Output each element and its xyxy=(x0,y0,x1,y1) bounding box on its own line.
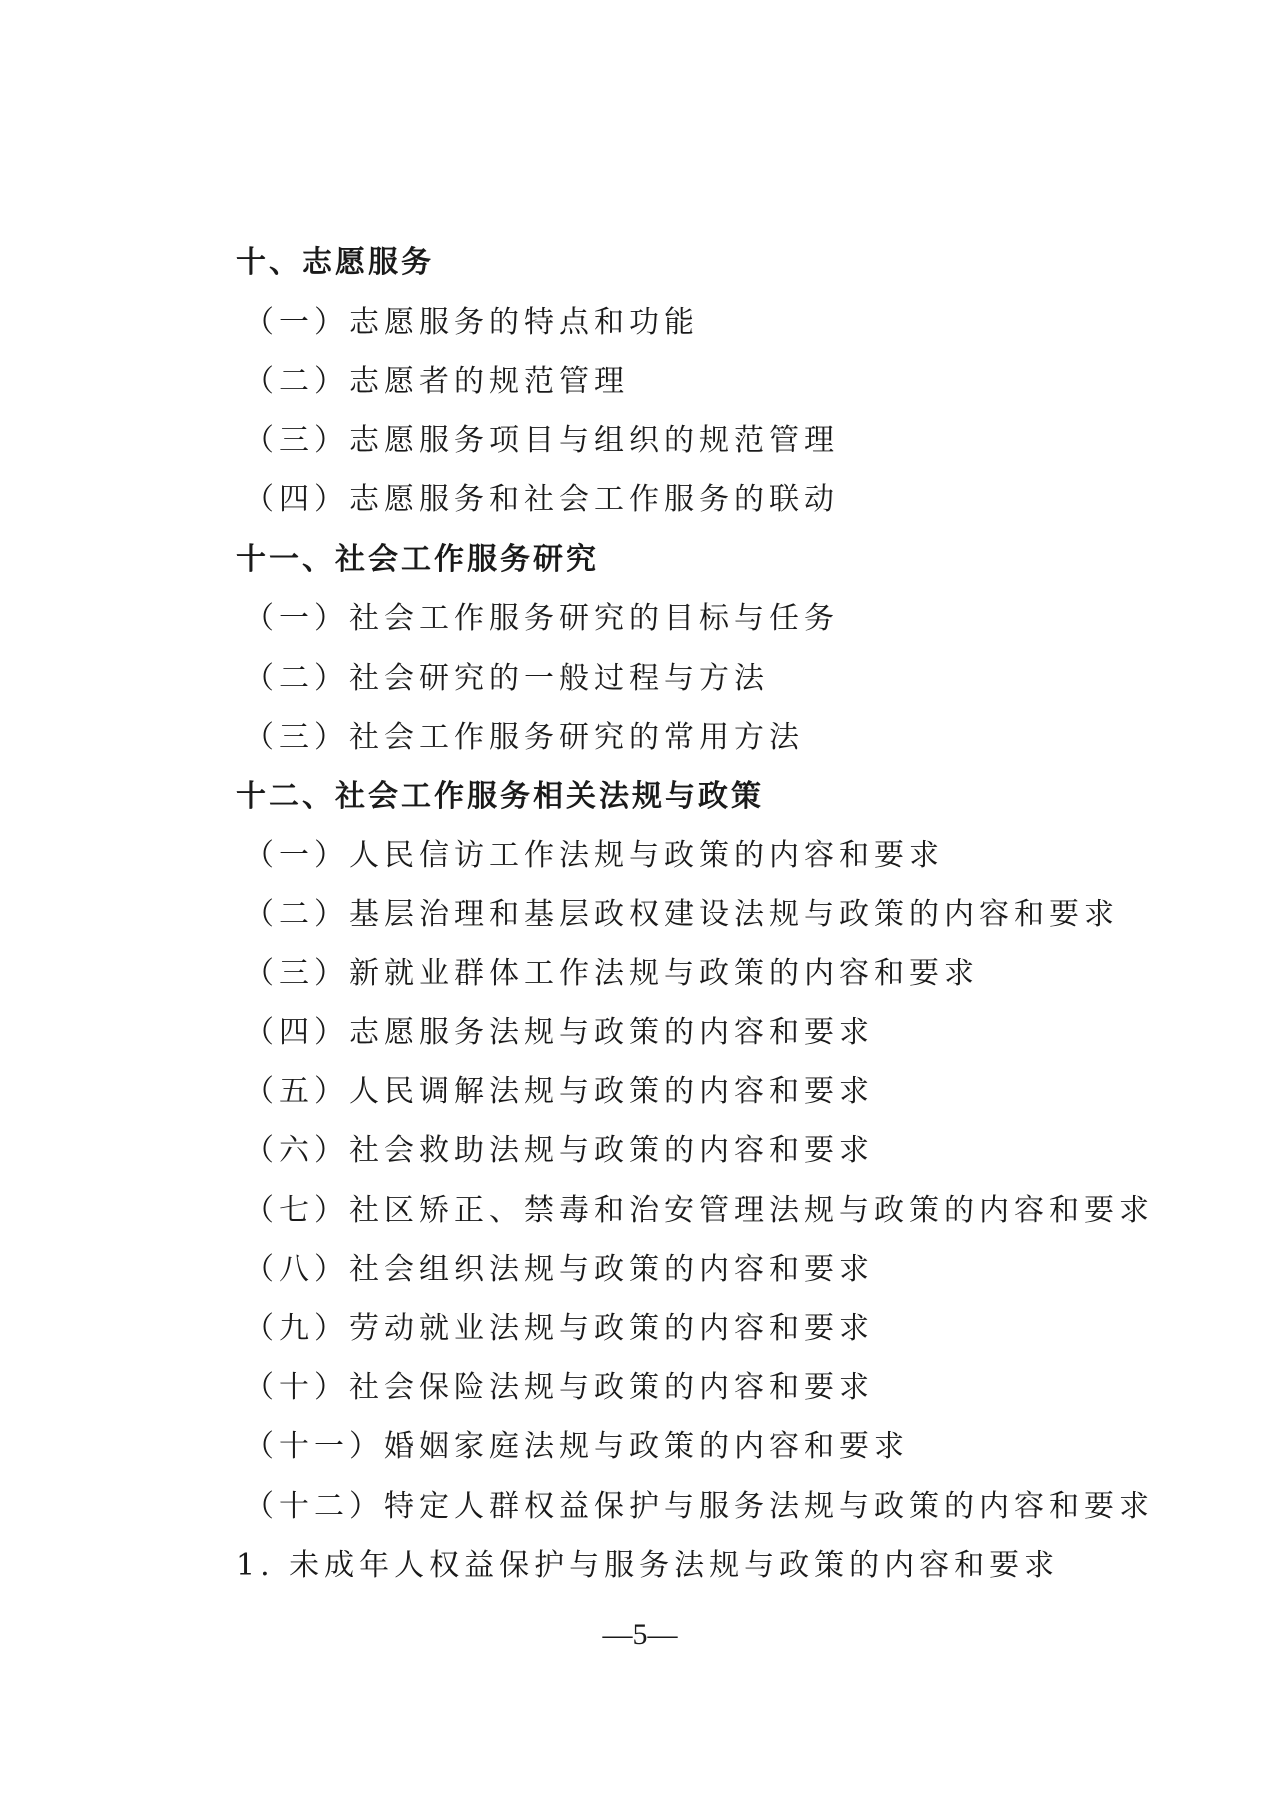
list-item: （三）志愿服务项目与组织的规范管理 xyxy=(244,421,839,461)
page-number: —5— xyxy=(0,1618,1280,1652)
list-item: （十一）婚姻家庭法规与政策的内容和要求 xyxy=(244,1427,909,1467)
list-item: （三）社会工作服务研究的常用方法 xyxy=(244,718,804,758)
list-item: （二）基层治理和基层政权建设法规与政策的内容和要求 xyxy=(244,895,1119,935)
list-item: （八）社会组织法规与政策的内容和要求 xyxy=(244,1250,874,1290)
section-heading-11: 十一、社会工作服务研究 xyxy=(236,540,599,580)
list-item: （四）志愿服务和社会工作服务的联动 xyxy=(244,480,839,520)
list-item: （一）人民信访工作法规与政策的内容和要求 xyxy=(244,836,944,876)
document-page: 十、志愿服务 （一）志愿服务的特点和功能 （二）志愿者的规范管理 （三）志愿服务… xyxy=(0,0,1280,1810)
list-item: （十）社会保险法规与政策的内容和要求 xyxy=(244,1368,874,1408)
list-item: （五）人民调解法规与政策的内容和要求 xyxy=(244,1072,874,1112)
list-item: （七）社区矫正、禁毒和治安管理法规与政策的内容和要求 xyxy=(244,1191,1154,1231)
section-heading-12: 十二、社会工作服务相关法规与政策 xyxy=(236,777,764,817)
list-item: （四）志愿服务法规与政策的内容和要求 xyxy=(244,1013,874,1053)
list-item: （三）新就业群体工作法规与政策的内容和要求 xyxy=(244,954,979,994)
list-item: （六）社会救助法规与政策的内容和要求 xyxy=(244,1131,874,1171)
numbered-item: 1. 未成年人权益保护与服务法规与政策的内容和要求 xyxy=(236,1546,1059,1586)
list-item: （二）社会研究的一般过程与方法 xyxy=(244,659,769,699)
list-item: （九）劳动就业法规与政策的内容和要求 xyxy=(244,1309,874,1349)
list-item: （二）志愿者的规范管理 xyxy=(244,362,629,402)
list-item: （一）社会工作服务研究的目标与任务 xyxy=(244,599,839,639)
section-heading-10: 十、志愿服务 xyxy=(236,243,434,283)
list-item: （十二）特定人群权益保护与服务法规与政策的内容和要求 xyxy=(244,1487,1154,1527)
list-item: （一）志愿服务的特点和功能 xyxy=(244,303,699,343)
